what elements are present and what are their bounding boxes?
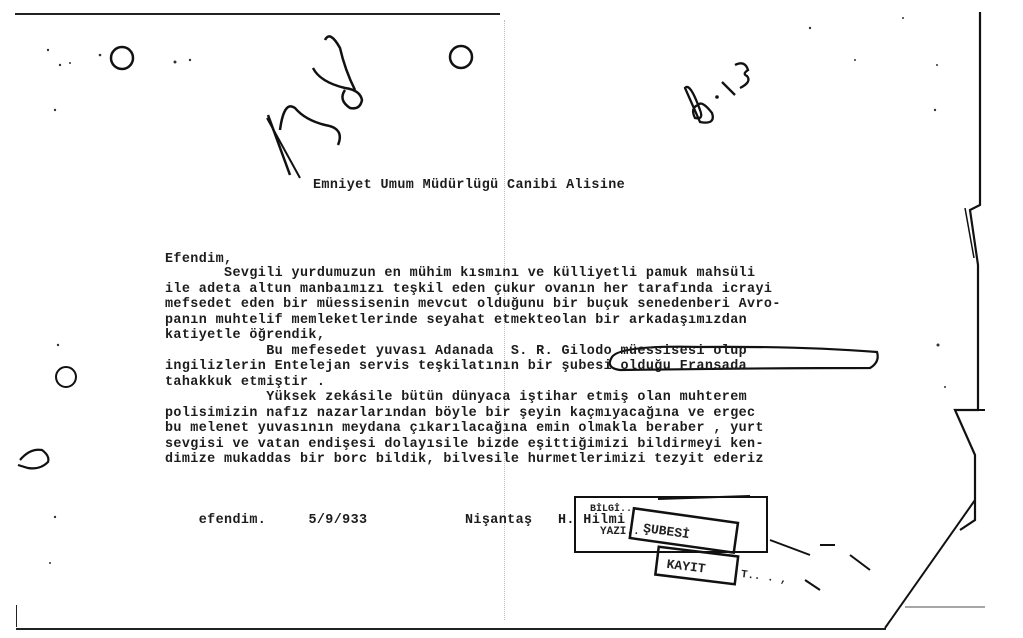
body-line: katiyetle öğrendik, (165, 328, 781, 344)
stamp-box: ŞUBESİ (630, 508, 738, 552)
closing-and-date: efendim. 5/9/933 (165, 497, 368, 544)
punch-hole-mark (111, 47, 133, 69)
body-line: Sevgili yurdumuzun en mühim kısmını ve k… (165, 266, 781, 282)
body-line: mefsedet eden bir müessisenin mevcut old… (165, 297, 781, 313)
svg-text:T.. . ,: T.. . , (740, 569, 787, 587)
body-line: ingilizlerin Entelejan servis teşkilatın… (165, 359, 781, 375)
body-line: polisimizin nafız nazarlarından böyle bi… (165, 406, 781, 422)
body-line: Bu mefesedet yuvası Adanada S. R. Gilodo… (165, 344, 781, 360)
letter-date: 5/9/933 (308, 513, 367, 528)
svg-text:KAYIT: KAYIT (666, 557, 707, 577)
body-line: tahakkuk etmiştir . (165, 375, 781, 391)
svg-text:ŞUBESİ: ŞUBESİ (642, 521, 690, 542)
scanned-document-page: BİLGİ.. YAZI.. ŞUBESİ KAYIT T.. . , Emni… (0, 0, 1023, 638)
closing: efendim. (199, 513, 267, 528)
body-line: panın muhtelif memleketlerinde seyahat e… (165, 313, 781, 329)
body-line: ile adeta altun manbaımızı teşkil eden ç… (165, 282, 781, 298)
letter-heading: Emniyet Umum Müdürlügü Canibi Alisine (313, 178, 625, 194)
stamp-box: KAYIT T.. . , (655, 547, 789, 591)
body-line: dimize mukaddas bir borc bildik, bilvesi… (165, 452, 781, 468)
letter-body: Sevgili yurdumuzun en mühim kısmını ve k… (165, 266, 781, 468)
body-line: bu melenet yuvasının meydana çıkarılacağ… (165, 421, 781, 437)
punch-hole-mark (56, 367, 76, 387)
body-line: Yüksek zekásile bütün dünyaca iştihar et… (165, 390, 781, 406)
body-line: sevgisi ve vatan endişesi dolayısile biz… (165, 437, 781, 453)
punch-hole-mark (450, 46, 472, 68)
signature-name: H. Hilmi (558, 513, 626, 529)
signature-place: Nişantaş (465, 513, 533, 529)
